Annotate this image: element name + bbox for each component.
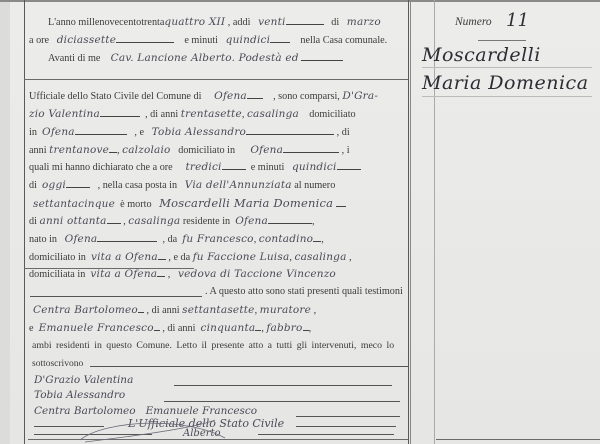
officer-line-right — [296, 426, 396, 427]
body-line-15: ambi residenti in questo Comune. Letto i… — [32, 339, 394, 353]
printed-text: , i — [342, 145, 350, 156]
printed-text: anni — [29, 145, 47, 156]
handwritten-widow-note: vedova di Taccione Vincenzo — [178, 268, 336, 280]
bottom-border-right — [436, 439, 600, 440]
printed-text: nella Casa comunale. — [300, 35, 387, 46]
printed-text: di — [331, 17, 339, 28]
handwritten-deceased-residence: Ofena — [235, 215, 268, 227]
printed-text: ambi residenti in questo Comune. Letto i… — [32, 340, 394, 351]
printed-text: Ufficiale dello Stato Civile del Comune … — [29, 91, 201, 102]
body-line-11: domiciliata in vita a Ofena , vedova di … — [29, 267, 336, 282]
handwritten-father: fu Francesco — [182, 233, 253, 245]
signature-flourish-icon — [75, 418, 235, 444]
printed-text: Avanti di me — [48, 53, 100, 64]
handwritten-mother-occupation: casalinga — [295, 251, 347, 263]
printed-text: quali mi hanno dichiarato che a ore — [29, 162, 173, 173]
body-line-4: anni trentanove, calzolaio domiciliato i… — [29, 143, 350, 158]
handwritten-hour: diciassette — [57, 34, 116, 46]
body-line-10: domiciliato in vita a Ofena , e da fu Fa… — [29, 250, 352, 265]
printed-text: , sono comparsi, — [273, 91, 340, 102]
register-number-label: Numero — [455, 16, 492, 28]
body-line-13: Centra Bartolomeo , di anni settantasett… — [33, 303, 316, 318]
printed-text: nato in — [29, 234, 57, 245]
given-names-rule — [422, 96, 592, 97]
printed-text: , — [168, 269, 171, 280]
signature-line-2 — [164, 401, 400, 402]
printed-text: a ore — [29, 35, 49, 46]
printed-text: , da — [162, 234, 177, 245]
handwritten-father-occupation: contadino — [259, 233, 313, 245]
handwritten-year: quattro XII — [164, 16, 225, 28]
handwritten-house-number: settantacinque — [33, 198, 115, 210]
printed-text: domiciliata in — [29, 269, 85, 280]
printed-text: , — [261, 323, 264, 334]
handwritten-witness-1-age: settantasette — [182, 304, 254, 316]
top-border — [0, 0, 600, 2]
handwritten-deceased-occupation: casalinga — [128, 215, 180, 227]
right-frame-line — [408, 0, 409, 444]
printed-text: , — [254, 234, 257, 245]
printed-text: , nella casa posta in — [98, 180, 178, 191]
printed-text: residente in — [183, 216, 230, 227]
handwritten-residence-1: Ofena — [42, 126, 75, 138]
handwritten-month: marzo — [347, 16, 381, 28]
body-line-1: Ufficiale dello Stato Civile del Comune … — [29, 89, 378, 104]
printed-text: , — [123, 216, 126, 227]
civil-death-record-page: Numero 11 Moscardelli Maria Domenica L'a… — [0, 0, 600, 444]
handwritten-birthplace: Ofena — [65, 233, 98, 245]
handwritten-witness-1: Centra Bartolomeo — [33, 304, 138, 316]
handwritten-death-minutes: quindici — [292, 161, 337, 173]
printed-text: è morto — [120, 199, 151, 210]
signature-line-0 — [90, 366, 408, 367]
printed-text: al numero — [294, 180, 335, 191]
printed-text: L'anno millenovecentotrenta — [48, 17, 164, 28]
handwritten-age-2: trentanove — [49, 144, 109, 156]
column-divider — [410, 0, 411, 444]
handwritten-declarant-1a: D'Gra- — [342, 90, 378, 102]
handwritten-witness-2: Emanuele Francesco — [39, 322, 154, 334]
section-divider-top — [24, 79, 408, 80]
handwritten-death-day: oggi — [42, 179, 66, 191]
officer-sig-line-right — [258, 434, 394, 435]
printed-text: , — [242, 109, 245, 120]
signature-witness-1: Centra Bartolomeo — [34, 405, 136, 417]
handwritten-witness-2-occupation: fabbro — [266, 322, 302, 334]
body-line-6: di oggi , nella casa posta in Via dell'A… — [29, 178, 335, 193]
printed-text: e minuti — [184, 35, 218, 46]
body-line-14: e Emanuele Francesco , di anni cinquanta… — [29, 321, 311, 336]
signature-line-1 — [174, 385, 392, 386]
handwritten-mother: fu Faccione Luisa — [193, 251, 290, 263]
printed-text: domiciliato — [309, 109, 355, 120]
handwritten-age-1: trentasette — [181, 108, 242, 120]
handwritten-mother-domicile: vita a Ofena — [90, 268, 157, 280]
number-underline — [478, 40, 526, 41]
handwritten-occupation-1: casalinga — [247, 108, 299, 120]
left-frame-line — [24, 0, 25, 444]
printed-text: , e — [134, 127, 144, 138]
printed-text: , di — [337, 127, 350, 138]
body-line-7: settantacinque è morto Moscardelli Maria… — [33, 196, 346, 212]
printed-text: . A questo atto sono stati presenti qual… — [205, 286, 403, 297]
printed-text: , — [255, 305, 258, 316]
printed-text: e — [29, 323, 34, 334]
handwritten-residence-2: Ofena — [250, 144, 283, 156]
body-line-9: nato in Ofena , da fu Francesco, contadi… — [29, 232, 324, 247]
signature-witnesses: Centra Bartolomeo Emanuele Francesco — [34, 405, 257, 417]
deceased-given-names: Maria Domenica — [422, 72, 589, 94]
handwritten-deceased-name: Moscardelli Maria Domenica — [159, 196, 333, 210]
printed-text: , di anni — [145, 109, 178, 120]
printed-text: , — [289, 252, 292, 263]
printed-text: , — [349, 252, 352, 263]
printed-text: sottoscrivono — [32, 359, 83, 369]
printed-text: , — [314, 305, 317, 316]
printed-text: , addì — [228, 17, 251, 28]
handwritten-witness-1-occupation: muratore — [260, 304, 311, 316]
handwritten-occupation-2: calzolaio — [122, 144, 170, 156]
body-line-12: . A questo atto sono stati presenti qual… — [205, 285, 403, 299]
handwritten-day: venti — [258, 16, 286, 28]
printed-text: , di anni — [162, 323, 195, 334]
deceased-surname: Moscardelli — [422, 44, 541, 66]
signature-line-3 — [296, 416, 400, 417]
handwritten-street: Via dell'Annunziata — [185, 179, 292, 191]
body-line-3: in Ofena , e Tobia Alessandro , di — [29, 125, 350, 140]
printed-text: , — [312, 216, 315, 227]
handwritten-witness-2-age: cinquanta — [201, 322, 256, 334]
handwritten-father-domicile: vita a Ofena — [91, 251, 158, 263]
handwritten-officer-name: Cav. Lancione Alberto. Podestà ed — [111, 52, 299, 64]
fill-line — [30, 296, 202, 297]
handwritten-death-hour: tredici — [185, 161, 221, 173]
scan-margin — [0, 0, 10, 444]
printed-text: di — [29, 180, 37, 191]
handwritten-declarant-2: Tobia Alessandro — [152, 126, 246, 138]
surname-rule — [422, 67, 592, 68]
printed-text: di — [29, 216, 37, 227]
register-number-value: 11 — [506, 10, 529, 31]
signature-witness-2: Emanuele Francesco — [146, 405, 258, 417]
body-line-5: quali mi hanno dichiarato che a ore tred… — [29, 160, 361, 175]
printed-text: e minuti — [251, 162, 285, 173]
printed-text: domiciliato in — [29, 252, 86, 263]
handwritten-deceased-age: anni ottanta — [39, 215, 106, 227]
handwritten-declarant-1b: zio Valentina — [29, 108, 100, 120]
header-line-3: Avanti di me Cav. Lancione Alberto. Pode… — [48, 51, 343, 66]
body-line-16: sottoscrivono — [32, 357, 83, 371]
body-line-8: di anni ottanta , casalinga residente in… — [29, 214, 315, 229]
printed-text: , — [309, 323, 312, 334]
signature-declarant-1: D'Grazio Valentina — [34, 374, 133, 386]
printed-text: , di anni — [147, 305, 180, 316]
printed-text: , — [117, 145, 120, 156]
printed-text: domiciliato in — [178, 145, 235, 156]
printed-text: , e da — [168, 252, 190, 263]
handwritten-minutes: quindici — [226, 34, 271, 46]
body-line-2: zio Valentina , di anni trentasette, cas… — [29, 107, 356, 122]
signature-declarant-2: Tobia Alessandro — [34, 389, 125, 401]
printed-text: , — [321, 234, 324, 245]
handwritten-comune: Ofena — [214, 90, 247, 102]
header-line-2: a ore diciassette e minuti quindici nell… — [29, 33, 387, 48]
header-line-1: L'anno millenovecentotrentaquattro XII ,… — [48, 15, 381, 30]
printed-text: in — [29, 127, 37, 138]
